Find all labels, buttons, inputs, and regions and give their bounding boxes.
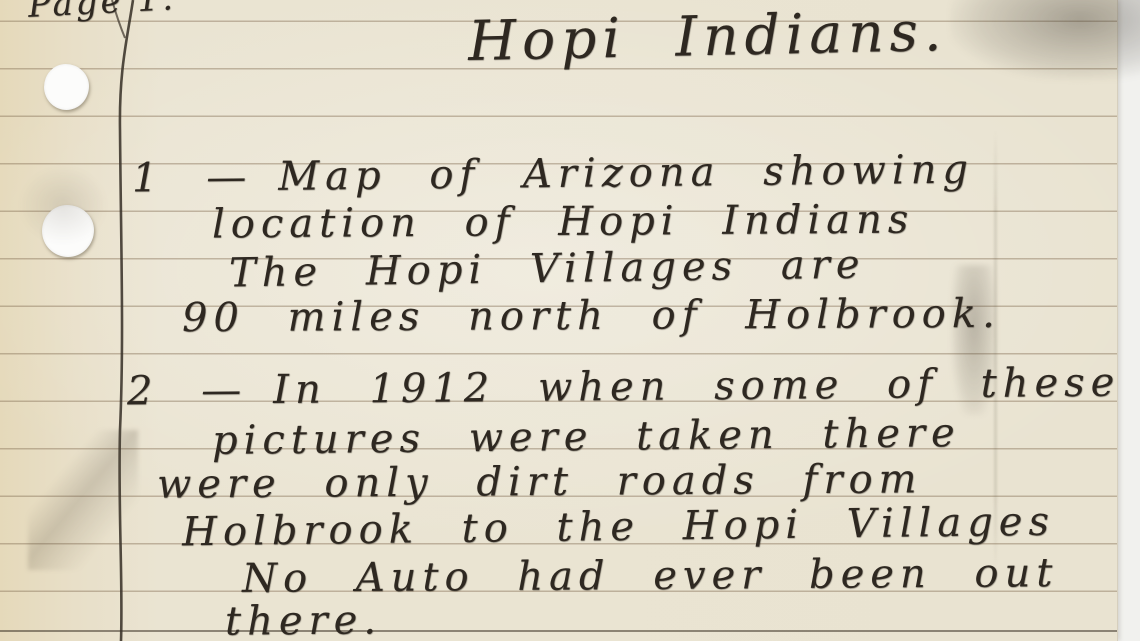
note-item-2-line-1: 2 —In 1912 when some of these (127, 360, 1121, 415)
hole-punch-bottom (42, 205, 94, 257)
item-2-marker: 2 — (127, 367, 248, 414)
handwritten-text: Map of Arizona showing (278, 147, 974, 200)
note-item-2-line-2: pictures were taken there (212, 410, 961, 464)
note-item-1-line-2: location of Hopi Indians (212, 197, 915, 248)
note-item-2-line-3: were only dirt roads from (157, 456, 923, 507)
bottom-ruled-line (0, 630, 1117, 632)
hole-punch-top (44, 64, 89, 110)
scanned-notebook-page: Page 1. Hopi Indians. 1 —Map of Arizona … (0, 0, 1140, 641)
note-item-2-line-5: No Auto had ever been out (242, 550, 1059, 602)
handwritten-text: In 1912 when some of these (273, 360, 1121, 413)
note-item-2-line-6: there. (225, 597, 382, 641)
note-item-1-line-3: The Hopi Villages are (229, 242, 866, 297)
note-item-1-line-1: 1 —Map of Arizona showing (132, 147, 974, 202)
item-1-marker: 1 — (132, 154, 253, 201)
page-title: Hopi Indians. (467, 0, 947, 73)
note-item-1-line-4: 90 miles north of Holbrook. (182, 291, 1001, 341)
